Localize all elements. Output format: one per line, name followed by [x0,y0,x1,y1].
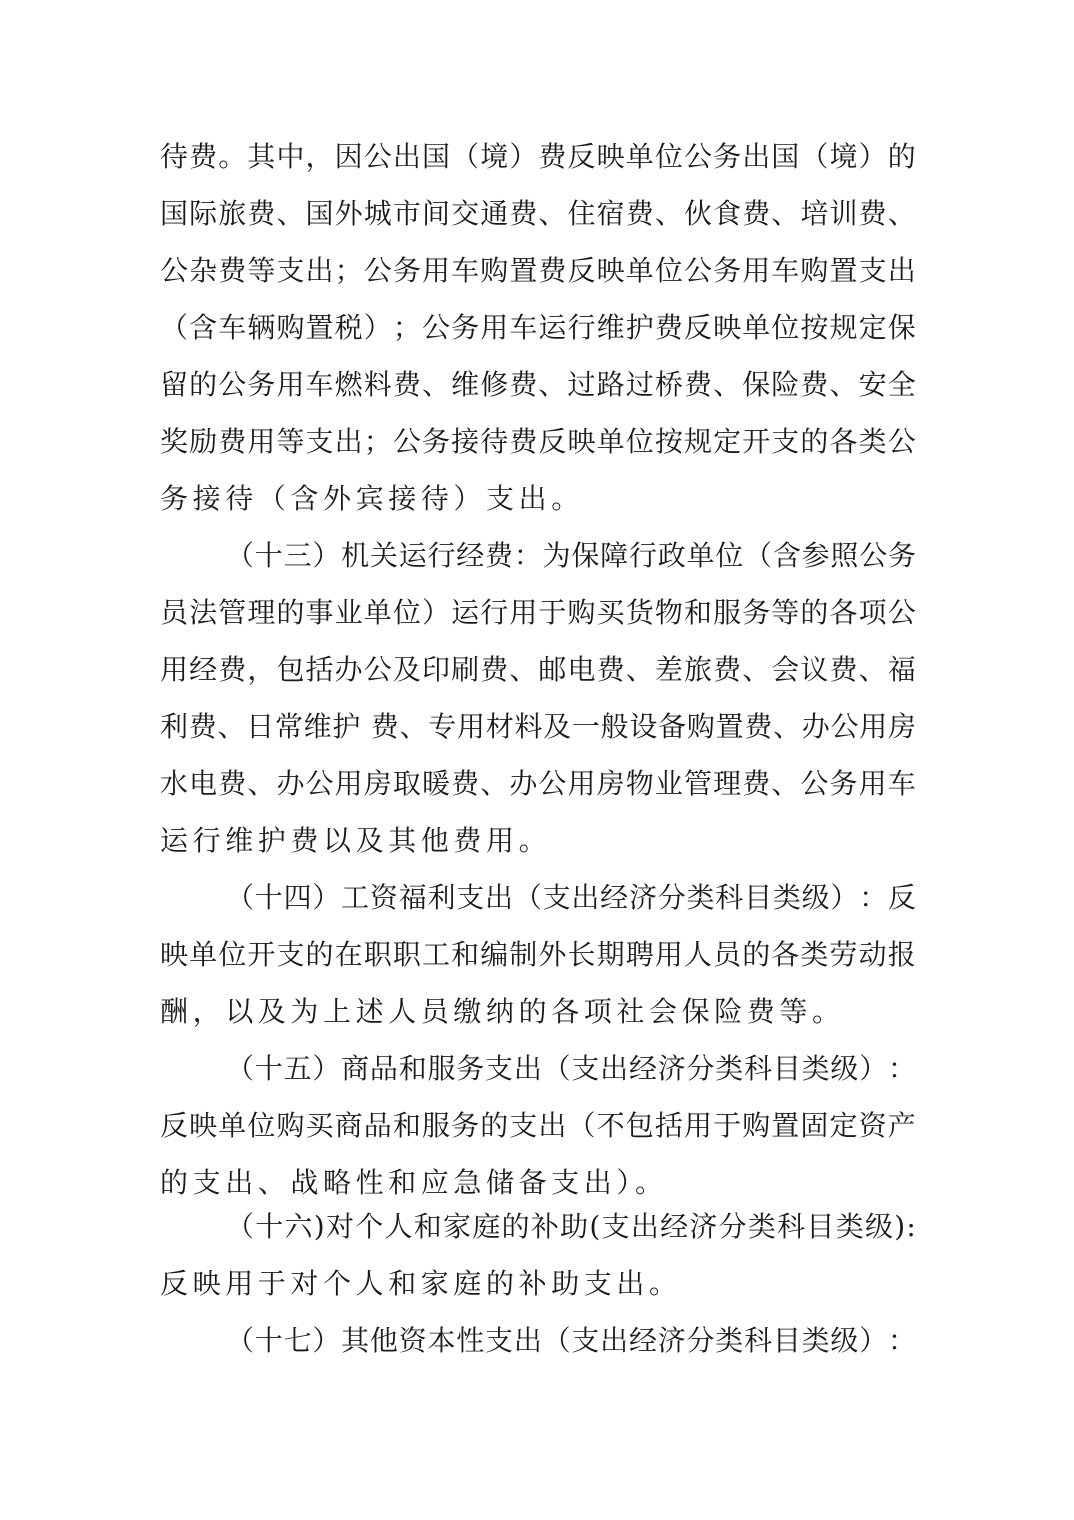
text-char: 位 [393,593,421,633]
text-line: 国际旅费、国外城市间交通费、住宿费、伙食费、培训费、 [160,194,916,234]
text-char: 公 [306,764,334,804]
text-char: 经 [189,650,217,690]
text-char: 、 [538,365,566,405]
text-char: （ [226,1321,254,1361]
text-char: 、 [773,707,801,747]
text-char: 聘 [626,935,654,975]
text-char: 级 [802,878,830,918]
text-char: 开 [247,935,275,975]
text-char: 位 [626,422,654,462]
text-char: 经 [456,536,484,576]
text-char: 单 [364,593,392,633]
text-char: 购 [742,1106,770,1146]
text-char: 旅 [684,650,712,690]
text-char: 购 [276,1106,304,1146]
text-char: 用 [247,422,275,462]
text-char: 护 [626,308,654,348]
text-char: 六 [285,1207,313,1247]
text-char: 车 [451,251,479,291]
text-char: 位 [247,1106,275,1146]
text-char: 置 [830,251,858,291]
text-char: 购 [687,707,715,747]
text-char: ） [859,1321,887,1361]
text-char: 的 [888,137,916,177]
text-char: 工 [422,935,450,975]
text-char: 单 [742,308,770,348]
text-char: 务 [247,365,275,405]
text-char: 、 [480,764,508,804]
text-char: ） [312,536,340,576]
text-char: 、 [859,650,887,690]
text-char: 规 [684,422,712,462]
text-char: 类 [715,1049,743,1089]
text-char: 刷 [451,650,479,690]
text-char: 单 [597,422,625,462]
text-char: 其 [341,1321,369,1361]
text-char: ， [247,650,275,690]
text-char: ） [509,137,537,177]
text-char: 四 [284,878,312,918]
text-char: ） [830,878,858,918]
text-char: 车 [509,308,537,348]
text-char: 级 [830,1049,858,1089]
text-char: 办 [276,764,304,804]
text-char: 员 [713,935,741,975]
text-line: 运行维护费以及其他费用。 [160,821,551,861]
text-char: 、 [509,650,537,690]
text-char: 经 [600,878,628,918]
text-char: 般 [601,707,629,747]
text-line: 反映单位购买商品和服务的支出（不包括用于购置固定资产 [160,1106,916,1146]
text-char: 利 [427,878,455,918]
text-char: 公 [859,536,887,576]
text-char: 各 [830,593,858,633]
text-char: 用 [422,251,450,291]
text-char: 和 [399,1049,427,1089]
text-line: 留的公务用车燃料费、维修费、过路过桥费、保险费、安全 [160,365,916,405]
text-char: （ [744,536,772,576]
text-char: 类 [773,878,801,918]
text-char: 于 [713,1106,741,1146]
text-char: 、 [400,707,428,747]
text-char: （ [160,308,188,348]
text-char: 费 [189,707,217,747]
text-char: 通 [480,194,508,234]
text-char: 公 [364,251,392,291]
text-char: 目 [806,1207,834,1247]
text-char: 日 [246,707,274,747]
text-char: 管 [218,593,246,633]
text-char: 类 [802,1049,830,1089]
text-char: 境 [830,137,858,177]
text-char: 含 [773,536,801,576]
text-char: 法 [189,593,217,633]
text-char: ） [312,1321,340,1361]
text-char: 置 [716,707,744,747]
text-char: 级 [865,1207,893,1247]
text-char: 买 [306,1106,334,1146]
text-line: （含车辆购置税）；公务用车运行维护费反映单位按规定保 [160,308,916,348]
text-char: 宿 [597,194,625,234]
text-char: 参 [802,536,830,576]
text-char: 位 [715,536,743,576]
text-char: 单 [687,536,715,576]
text-char: 济 [658,1049,686,1089]
text-char: 出 [600,1049,628,1089]
text-char: 类 [687,878,715,918]
text-line: 员法管理的事业单位）运行用于购买货物和服务等的各项公 [160,593,916,633]
text-char: 助 [560,1207,588,1247]
text-char: 理 [247,593,275,633]
text-line: 待费。其中，因公出国（境）费反映单位公务出国（境）的 [160,137,916,177]
text-char: 税 [335,308,363,348]
text-char: ） [312,878,340,918]
text-char: （ [226,1049,254,1089]
text-char: 料 [364,365,392,405]
text-char: 伙 [684,194,712,234]
text-char: 食 [713,194,741,234]
text-char: 出 [514,1321,542,1361]
text-char: ) [894,1207,905,1247]
text-char: 分 [687,1049,715,1089]
text-char: 映 [568,422,596,462]
text-char: 性 [456,1321,484,1361]
text-char: 业 [335,593,363,633]
text-char: 、 [771,764,799,804]
text-char: 用 [859,707,887,747]
text-char: 务 [456,1049,484,1089]
text-char: 出 [600,1321,628,1361]
section-heading-line: （十三）机关运行经费：为保障行政单位（含参照公务 [226,536,916,576]
text-char: 补 [531,1207,559,1247]
text-char: 出 [888,251,916,291]
text-char: 科 [744,1049,772,1089]
text-char: 物 [655,593,683,633]
text-char: 境 [480,137,508,177]
text-char: 类 [800,935,828,975]
text-char: 费 [509,422,537,462]
text-char: 照 [830,536,858,576]
text-char: 桥 [655,365,683,405]
text-char: 编 [480,935,508,975]
text-char: 服 [422,1106,450,1146]
text-char: 外 [538,935,566,975]
text-char: 置 [509,251,537,291]
text-char: 购 [800,251,828,291]
text-char: 支 [543,878,571,918]
text-char: 他 [370,1321,398,1361]
text-char: 待 [160,137,188,177]
text-char: 保 [742,365,770,405]
text-char: ： [514,536,542,576]
text-char: 反 [538,422,566,462]
text-char: 公 [364,137,392,177]
text-char: （ [543,1049,571,1089]
text-char: 辆 [247,308,275,348]
text-char: 等 [247,251,275,291]
text-char: 固 [800,1106,828,1146]
text-char: 路 [597,365,625,405]
text-char: 出 [742,137,770,177]
text-char: 货 [626,593,654,633]
text-char: 费 [218,422,246,462]
text-char: 的 [189,365,217,405]
text-char: 全 [888,365,916,405]
text-char: 公 [160,251,188,291]
text-char: 购 [276,308,304,348]
text-char: 购 [480,251,508,291]
text-char: ： [888,1321,916,1361]
text-char: ） [859,1049,887,1089]
section-heading-line: （十四）工资福利支出（支出经济分类科目类级）：反 [226,878,916,918]
text-char: 公 [888,593,916,633]
text-char: 目 [773,1321,801,1361]
text-char: 出 [538,1106,566,1146]
text-char: 用 [276,365,304,405]
text-char: 含 [189,308,217,348]
text-char: 费 [480,650,508,690]
text-char: 费 [859,194,887,234]
text-char: 、 [655,194,683,234]
text-char: 出 [631,1207,659,1247]
text-char: 公 [422,308,450,348]
text-char: 用 [457,707,485,747]
text-char: : [906,1207,915,1247]
text-char: 服 [713,593,741,633]
text-char: 运 [399,536,427,576]
text-char: 十 [255,536,283,576]
section-heading-line: （十七）其他资本性支出（支出经济分类科目类级）： [226,1321,916,1361]
text-char: 经 [660,1207,688,1247]
text-line: 映单位开支的在职职工和编制外长期聘用人员的各类劳动报 [160,935,916,975]
text-char: 专 [428,707,456,747]
text-char: ： [888,1049,916,1089]
text-char: 职 [364,935,392,975]
text-char: 运 [451,593,479,633]
text-char: 类 [748,1207,776,1247]
text-char: 务 [742,593,770,633]
text-char: 车 [306,365,334,405]
text-char: 费 [655,308,683,348]
text-char: 旅 [218,194,246,234]
text-char: 科 [744,1321,772,1361]
text-char: ） [312,1049,340,1089]
text-char: 映 [597,137,625,177]
text-char: 资 [370,878,398,918]
text-char: 用 [160,650,188,690]
text-line: 务接待（含外宾接待）支出。 [160,479,584,519]
text-char: 括 [655,1106,683,1146]
text-char: 于 [538,593,566,633]
text-char: 外 [335,194,363,234]
text-char: （ [800,137,828,177]
text-char: 类 [836,1207,864,1247]
text-char: 济 [689,1207,717,1247]
text-char: 产 [888,1106,916,1146]
text-char: 的 [306,935,334,975]
text-char: 房 [888,707,916,747]
text-char: 费 [218,650,246,690]
text-char: 城 [364,194,392,234]
text-char: 务 [713,251,741,291]
text-char: 护 [332,707,360,747]
text-char: 留 [160,365,188,405]
text-char: ） [364,308,392,348]
text-char: 用 [859,764,887,804]
text-char: 用 [568,764,596,804]
text-char: 行 [629,536,657,576]
text-char: 材 [486,707,514,747]
text-char: 济 [658,1321,686,1361]
text-char: 的 [800,593,828,633]
text-char: （ [226,536,254,576]
text-char: 障 [600,536,628,576]
text-char: 费 [742,764,770,804]
text-char: 过 [626,365,654,405]
text-char: 务 [713,137,741,177]
text-char: 品 [364,1106,392,1146]
text-char: 、 [742,650,770,690]
text-char: 因 [335,137,363,177]
text-char: 支 [571,1049,599,1089]
text-line: 奖励费用等支出；公务接待费反映单位按规定开支的各类公 [160,422,916,462]
text-char: 待 [480,422,508,462]
text-char: 保 [571,536,599,576]
text-char: 水 [160,764,188,804]
text-char: 置 [306,308,334,348]
text-char: 业 [655,764,683,804]
text-char: （ [568,1106,596,1146]
text-char: 支 [306,422,334,462]
text-char: 邮 [538,650,566,690]
text-char: 、 [276,194,304,234]
text-char: 规 [830,308,858,348]
text-char: 经 [629,1049,657,1089]
text-char: 分 [719,1207,747,1247]
text-line: 利费、日常维护 费、专用材料及一般设备购置费、办公用房 [160,707,916,747]
text-char: 福 [888,650,916,690]
text-char: 公 [800,764,828,804]
text-char: ： [859,878,887,918]
text-char: 会 [771,650,799,690]
text-char: 励 [189,422,217,462]
text-char: 用 [509,593,537,633]
text-char: 务 [451,308,479,348]
text-char: 开 [742,422,770,462]
text-char: 品 [370,1049,398,1089]
text-char: 维 [304,707,332,747]
text-char: 出 [335,422,363,462]
text-char: 、 [830,365,858,405]
text-char: 其 [247,137,275,177]
text-char: 商 [335,1106,363,1146]
text-char: ( [589,1207,600,1247]
text-char: 用 [742,251,770,291]
text-char: 费 [393,365,421,405]
text-char: 庭 [472,1207,500,1247]
text-char: 和 [684,593,712,633]
text-char: 十 [255,1207,283,1247]
text-char: 务 [422,422,450,462]
text-char: 、 [626,650,654,690]
text-char: 期 [597,935,625,975]
text-char: 奖 [160,422,188,462]
text-char: 长 [568,935,596,975]
text-char: 。 [218,137,246,177]
text-char: 行 [427,536,455,576]
text-char: 杂 [189,251,217,291]
text-char: 费 [189,137,217,177]
text-char: 费 [371,707,399,747]
text-char: 七 [284,1321,312,1361]
text-char: 五 [284,1049,312,1089]
text-char: 反 [160,1106,188,1146]
text-char: 置 [771,1106,799,1146]
text-char: 车 [218,308,246,348]
text-char: 和 [414,1207,442,1247]
text-char: 间 [422,194,450,234]
text-char: ； [335,251,363,291]
text-char: 料 [514,707,542,747]
text-char: 及 [543,707,571,747]
text-char: 、 [247,764,275,804]
text-char: 议 [800,650,828,690]
text-char: 、 [771,194,799,234]
text-char: 费 [485,536,513,576]
text-char: 支 [771,422,799,462]
text-char: 十 [255,1049,283,1089]
text-char: 用 [480,308,508,348]
text-char: （ [514,878,542,918]
text-char: 动 [859,935,887,975]
text-char: 安 [859,365,887,405]
text-char: ， [306,137,334,177]
text-char: 费 [597,650,625,690]
text-char: （ [226,878,254,918]
text-char: 管 [684,764,712,804]
text-char: 务 [451,1106,479,1146]
text-char: 位 [655,251,683,291]
text-char: 出 [306,251,334,291]
text-char: 险 [771,365,799,405]
text-char: 、 [538,194,566,234]
text-char: 人 [385,1207,413,1247]
text-char: 映 [713,308,741,348]
text-char: 的 [800,422,828,462]
text-char: 和 [451,935,479,975]
text-char: 定 [859,308,887,348]
text-char: 交 [451,194,479,234]
text-char: 支 [602,1207,630,1247]
text-char: 费 [800,365,828,405]
text-char: 按 [655,422,683,462]
text-char: 费 [451,764,479,804]
text-char: 的 [276,593,304,633]
text-char: 国 [771,137,799,177]
text-char: 费 [830,650,858,690]
text-char: 费 [509,365,537,405]
text-char: 包 [276,650,304,690]
text-char: 公 [218,365,246,405]
text-char: 资 [399,1321,427,1361]
text-char: 市 [393,194,421,234]
text-char: （ [451,137,479,177]
text-char: 费 [626,194,654,234]
text-char: 反 [888,878,916,918]
text-char: 人 [684,935,712,975]
text-char: 暖 [422,764,450,804]
text-char: 行 [568,308,596,348]
